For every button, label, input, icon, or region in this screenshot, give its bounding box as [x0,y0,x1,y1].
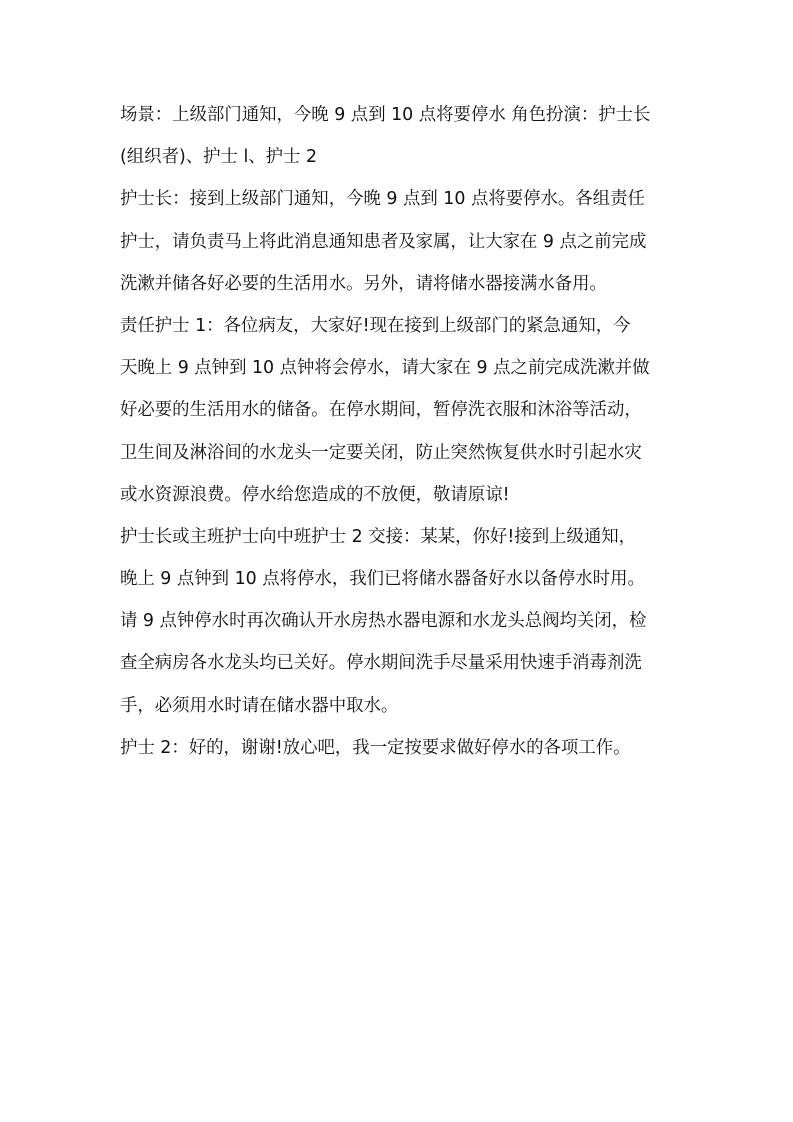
handover-line-2: 晚上 9 点钟到 10 点将停水，我们已将储水器备好水以备停水时用。 [120,562,680,604]
nurse-2-reply-line: 护士 2：好的，谢谢!放心吧，我一定按要求做好停水的各项工作。 [120,731,680,773]
nurse-1-line-5: 或水资源浪费。停水给您造成的不放便，敬请原谅! [120,478,680,520]
head-nurse-line-3: 洗漱并储各好必要的生活用水。另外，请将储水器接满水备用。 [120,267,680,309]
handover-line-3: 请 9 点钟停水时再次确认开水房热水器电源和水龙头总阀均关闭，检 [120,604,680,646]
nurse-1-line-1: 责任护士 1：各位病友，大家好!现在接到上级部门的紧急通知，今 [120,309,680,351]
handover-line-4: 查全病房各水龙头均已关好。停水期间洗手尽量采用快速手消毒剂洗 [120,646,680,688]
scene-line-1: 场景：上级部门通知，今晚 9 点到 10 点将要停水 角色扮演：护士长 [120,98,680,140]
head-nurse-line-1: 护士长：接到上级部门通知，今晚 9 点到 10 点将要停水。各组责任 [120,182,680,224]
nurse-1-line-3: 好必要的生活用水的储备。在停水期间，暂停洗衣服和沐浴等活动， [120,393,680,435]
nurse-1-line-2: 天晚上 9 点钟到 10 点钟将会停水，请大家在 9 点之前完成洗漱并做 [120,351,680,393]
nurse-1-line-4: 卫生间及淋浴间的水龙头一定要关闭，防止突然恢复供水时引起水灾 [120,436,680,478]
handover-line-1: 护士长或主班护士向中班护士 2 交接：某某，你好!接到上级通知， [120,520,680,562]
scene-line-2: (组织者)、护士 l、护士 2 [120,140,680,182]
head-nurse-line-2: 护士，请负责马上将此消息通知患者及家属，让大家在 9 点之前完成 [120,225,680,267]
document-page: 场景：上级部门通知，今晚 9 点到 10 点将要停水 角色扮演：护士长 (组织者… [120,98,680,773]
handover-line-5: 手，必须用水时请在储水器中取水。 [120,689,680,731]
